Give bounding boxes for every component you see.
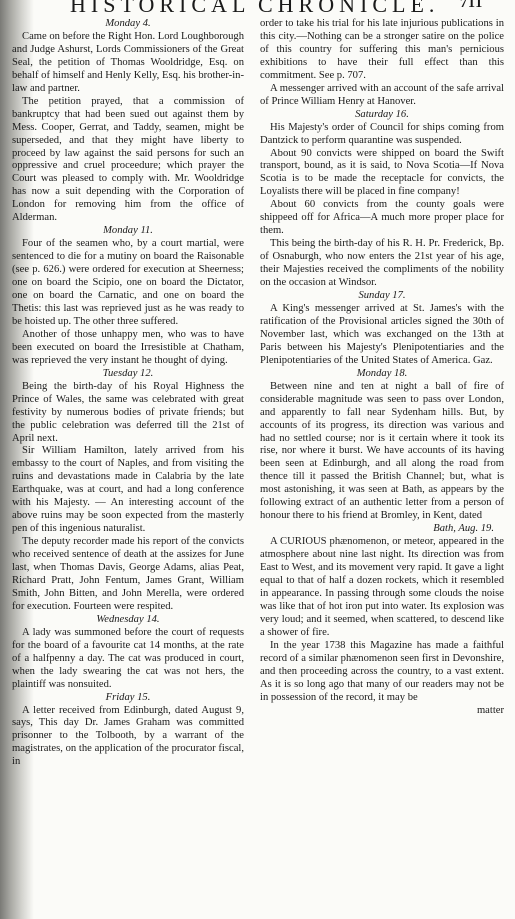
paragraph: A CURIOUS phænomenon, or meteor, appeare…	[260, 536, 504, 640]
day-heading: Monday 4.	[12, 18, 244, 31]
catchword: matter	[260, 705, 504, 718]
day-heading: Wednesday 14.	[12, 614, 244, 627]
day-heading: Saturday 16.	[260, 109, 504, 122]
running-header: HISTORICAL CHRONICLE. 711	[70, 0, 515, 14]
right-column: order to take his trial for his late inj…	[260, 18, 504, 717]
paragraph: A letter received from Edinburgh, dated …	[12, 705, 244, 770]
paragraph: Four of the seamen who, by a court marti…	[12, 238, 244, 329]
paragraph: A messenger arrived with an account of t…	[260, 83, 504, 109]
paragraph: In the year 1738 this Magazine has made …	[260, 640, 504, 705]
day-heading: Sunday 17.	[260, 290, 504, 303]
paragraph: The petition prayed, that a commission o…	[12, 96, 244, 226]
paragraph-continued: order to take his trial for his late inj…	[260, 18, 504, 83]
paragraph: Being the birth-day of his Royal Highnes…	[12, 381, 244, 446]
left-column: Monday 4.Came on before the Right Hon. L…	[12, 18, 244, 769]
paragraph: Between nine and ten at night a ball of …	[260, 381, 504, 523]
day-heading: Friday 15.	[12, 692, 244, 705]
paragraph: Another of those unhappy men, who was to…	[12, 329, 244, 368]
paragraph: The deputy recorder made his report of t…	[12, 536, 244, 614]
header-title-left: HISTORICAL	[70, 0, 250, 18]
paragraph: Sir William Hamilton, lately arrived fro…	[12, 445, 244, 536]
paragraph: About 60 convicts from the county goals …	[260, 199, 504, 238]
dateline: Bath, Aug. 19.	[260, 523, 504, 536]
paragraph: His Majesty's order of Council for ships…	[260, 122, 504, 148]
paragraph: A King's messenger arrived at St. James'…	[260, 303, 504, 368]
page-number: 711	[460, 0, 483, 12]
paragraph: A lady was summoned before the court of …	[12, 627, 244, 692]
paragraph: About 90 convicts were shipped on board …	[260, 148, 504, 200]
paragraph: This being the birth-day of his R. H. Pr…	[260, 238, 504, 290]
day-heading: Tuesday 12.	[12, 368, 244, 381]
paragraph: Came on before the Right Hon. Lord Lough…	[12, 31, 244, 96]
day-heading: Monday 18.	[260, 368, 504, 381]
header-title-right: CHRONICLE.	[258, 0, 439, 18]
day-heading: Monday 11.	[12, 225, 244, 238]
